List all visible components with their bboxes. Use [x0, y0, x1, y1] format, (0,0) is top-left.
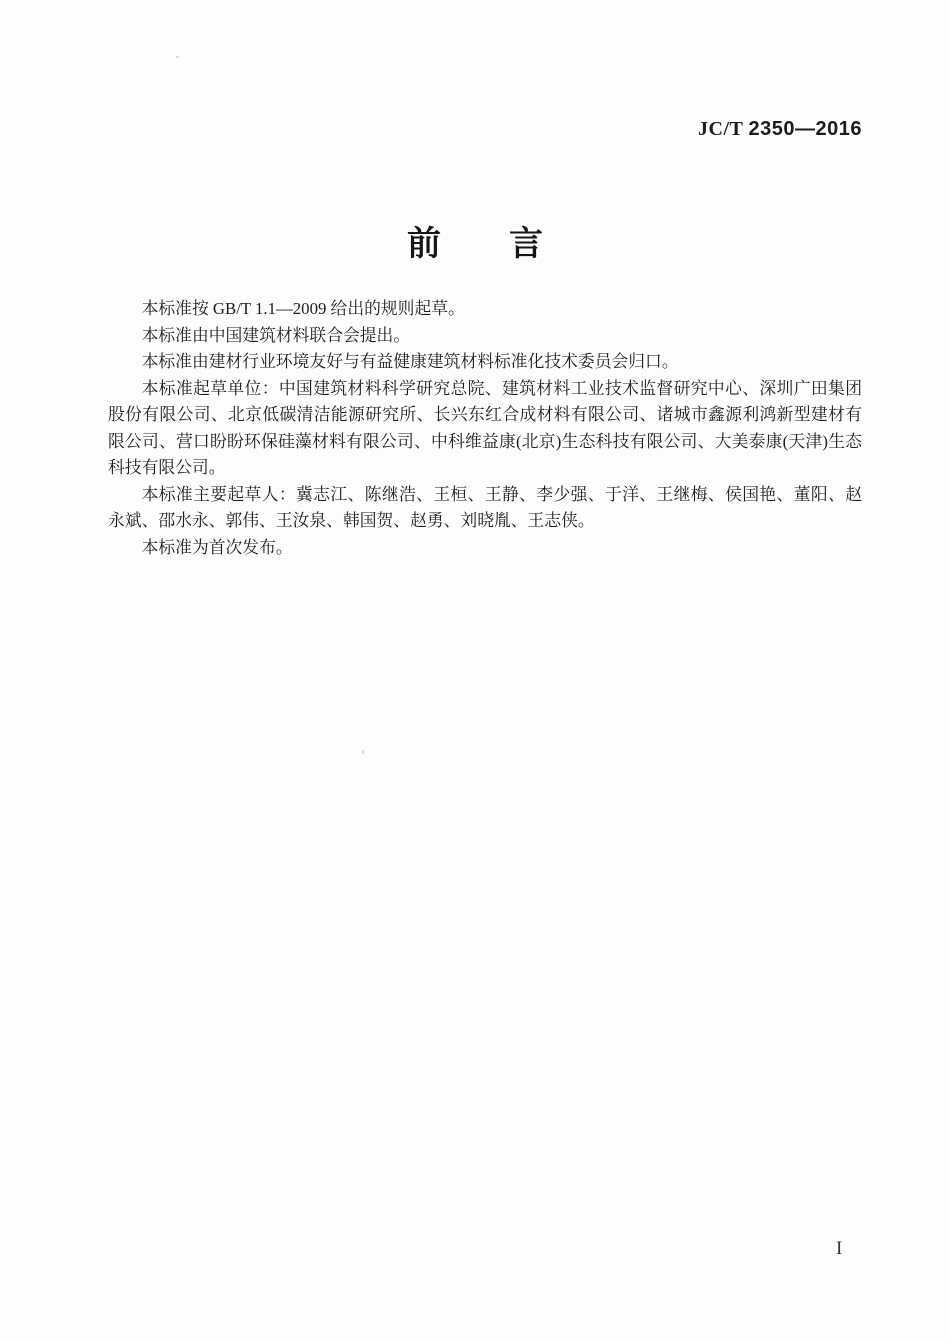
- paragraph-committee: 本标准由建材行业环境友好与有益健康建筑材料标准化技术委员会归口。: [108, 349, 862, 376]
- page-number: I: [836, 1238, 842, 1260]
- foreword-body: 本标准按 GB/T 1.1—2009 给出的规则起草。 本标准由中国建筑材料联合…: [108, 296, 862, 561]
- document-page: JC/T 2350—2016 前 言 本标准按 GB/T 1.1—2009 给出…: [0, 0, 950, 1342]
- paragraph-first-issue: 本标准为首次发布。: [108, 535, 862, 562]
- scan-speck: [176, 56, 179, 58]
- standard-code-prefix: JC/T: [698, 118, 743, 140]
- paragraph-drafting-organizations: 本标准起草单位：中国建筑材料科学研究总院、建筑材料工业技术监督研究中心、深圳广田…: [108, 376, 862, 482]
- foreword-title: 前 言: [0, 216, 950, 265]
- scan-speck: [362, 750, 364, 754]
- standard-code: JC/T 2350—2016: [698, 118, 862, 141]
- standard-code-number: 2350—2016: [749, 118, 862, 140]
- paragraph-proposed-by: 本标准由中国建筑材料联合会提出。: [108, 323, 862, 350]
- paragraph-chief-drafters: 本标准主要起草人：冀志江、陈继浩、王桓、王静、李少强、于洋、王继梅、侯国艳、董阳…: [108, 482, 862, 535]
- paragraph-drafting-rules: 本标准按 GB/T 1.1—2009 给出的规则起草。: [108, 296, 862, 323]
